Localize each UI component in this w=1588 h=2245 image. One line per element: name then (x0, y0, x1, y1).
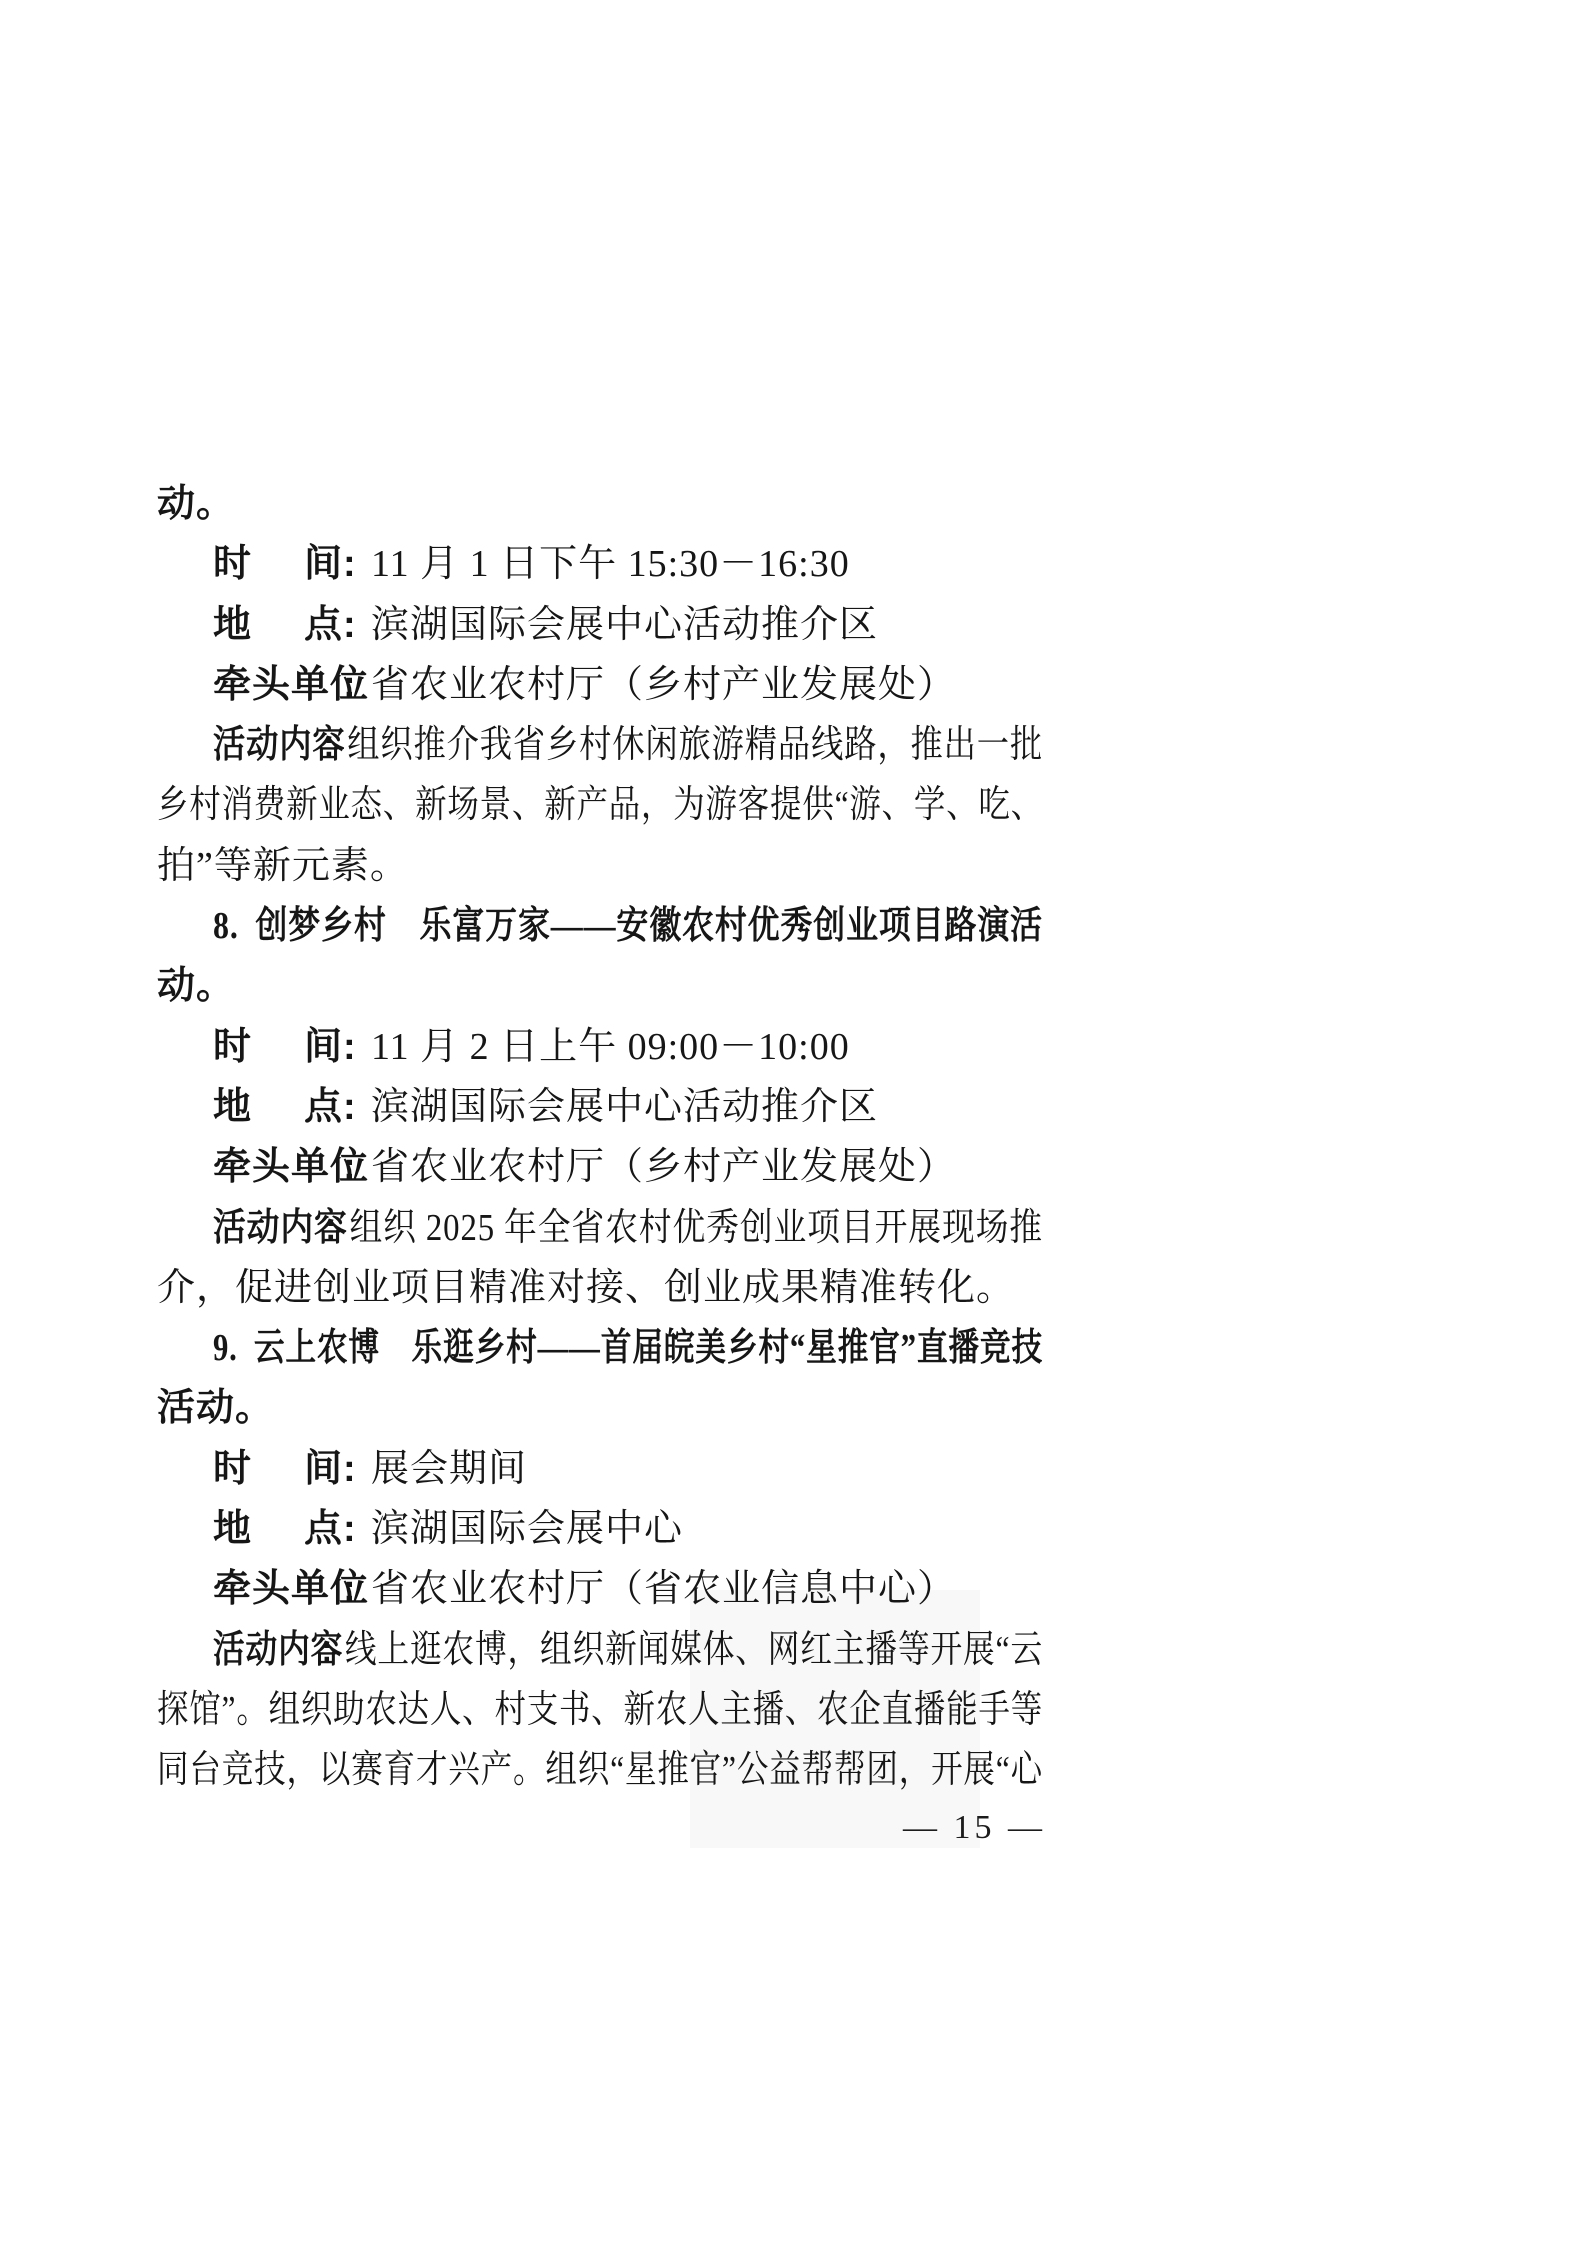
label-colon: : (343, 655, 371, 715)
item7-time-row: 时间:11 月 1 日下午 15:30－16:30 (213, 534, 1043, 594)
content-text: 拍”等新元素。 (157, 845, 409, 887)
item8-place-row: 地点:滨湖国际会展中心活动推介区 (213, 1077, 1043, 1137)
label-colon: : (343, 1137, 371, 1197)
place-value: 滨湖国际会展中心活动推介区 (371, 604, 878, 646)
lead-unit-label: 牵头单位 (213, 655, 343, 715)
label-colon: : (343, 1077, 371, 1137)
content-text: 乡村消费新业态、新场景、新产品，为游客提供“游、学、吃、 (157, 784, 1043, 826)
lead-unit-value: 省农业农村厅（省农业信息中心） (371, 1568, 956, 1610)
item7-content-line-2: 乡村消费新业态、新场景、新产品，为游客提供“游、学、吃、 (157, 775, 890, 835)
item7-content-line-1: 活动内容:组织推介我省乡村休闲旅游精品线路，推出一批 (213, 715, 918, 775)
item8-title-text: 创梦乡村 乐富万家——安徽农村优秀创业项目路演活 (255, 905, 1043, 947)
item9-content-line-2: 探馆”。组织助农达人、村支书、新农人主播、农企直播能手等 (157, 1680, 890, 1740)
place-value: 滨湖国际会展中心活动推介区 (371, 1086, 878, 1128)
label-colon: : (343, 595, 371, 655)
lead-unit-label: 牵头单位 (213, 1137, 343, 1197)
item8-lead-row: 牵头单位:省农业农村厅（乡村产业发展处） (213, 1137, 1043, 1197)
item8-time-row: 时间:11 月 2 日上午 09:00－10:00 (213, 1017, 1043, 1077)
time-label: 时间 (213, 1017, 343, 1077)
place-label: 地点 (213, 595, 343, 655)
item9-title-line-1: 9.云上农博 乐逛乡村——首届皖美乡村“星推官”直播竞技 (213, 1318, 884, 1378)
content-text: 组织 2025 年全省农村优秀创业项目开展现场推 (349, 1207, 1043, 1249)
time-value: 11 月 1 日下午 15:30－16:30 (371, 543, 850, 585)
place-label: 地点 (213, 1499, 343, 1559)
place-value: 滨湖国际会展中心 (371, 1508, 683, 1550)
item8-content-line-2: 介，促进创业项目精准对接、创业成果精准转化。 (157, 1258, 1043, 1318)
item9-time-row: 时间:展会期间 (213, 1439, 1043, 1499)
content-text: 介，促进创业项目精准对接、创业成果精准转化。 (157, 1267, 1015, 1309)
item7-title-tail: 动。 (157, 474, 1043, 534)
item8-title-line-1: 8.创梦乡村 乐富万家——安徽农村优秀创业项目路演活 (213, 896, 911, 956)
item9-place-row: 地点:滨湖国际会展中心 (213, 1499, 1043, 1559)
item8-number: 8. (213, 905, 239, 947)
label-colon: : (343, 1559, 371, 1619)
item9-lead-row: 牵头单位:省农业农村厅（省农业信息中心） (213, 1559, 1043, 1619)
item9-number: 9. (213, 1327, 238, 1369)
label-colon: : (323, 715, 347, 775)
time-value: 11 月 2 日上午 09:00－10:00 (371, 1026, 850, 1068)
label-colon: : (321, 1620, 344, 1680)
item9-title-text: 云上农博 乐逛乡村——首届皖美乡村“星推官”直播竞技 (254, 1327, 1043, 1369)
content-text: 探馆”。组织助农达人、村支书、新农人主播、农企直播能手等 (157, 1689, 1043, 1731)
content-label: 活动内容 (213, 715, 323, 775)
time-value: 展会期间 (371, 1448, 527, 1490)
place-label: 地点 (213, 1077, 343, 1137)
label-colon: : (343, 534, 371, 594)
lead-unit-label: 牵头单位 (213, 1559, 343, 1619)
item9-content-line-3: 同台竞技，以赛育才兴产。组织“星推官”公益帮帮团，开展“心 (157, 1740, 892, 1800)
item9-title-line-2: 活动。 (157, 1378, 1043, 1438)
content-text: 线上逛农博，组织新闻媒体、网红主播等开展“云 (345, 1629, 1043, 1671)
item7-lead-row: 牵头单位:省农业农村厅（乡村产业发展处） (213, 655, 1043, 715)
lead-unit-value: 省农业农村厅（乡村产业发展处） (371, 1146, 956, 1188)
content-label: 活动内容 (213, 1620, 321, 1680)
time-label: 时间 (213, 1439, 343, 1499)
label-colon: : (343, 1017, 371, 1077)
content-text: 组织推介我省乡村休闲旅游精品线路，推出一批 (347, 724, 1043, 766)
time-label: 时间 (213, 534, 343, 594)
label-colon: : (325, 1198, 349, 1258)
item7-place-row: 地点:滨湖国际会展中心活动推介区 (213, 595, 1043, 655)
label-colon: : (343, 1439, 371, 1499)
document-page: 动。 时间:11 月 1 日下午 15:30－16:30 地点:滨湖国际会展中心… (0, 0, 1588, 2245)
content-label: 活动内容 (213, 1198, 325, 1258)
item7-content-line-3: 拍”等新元素。 (157, 836, 1043, 896)
label-colon: : (343, 1499, 371, 1559)
content-text: 同台竞技，以赛育才兴产。组织“星推官”公益帮帮团，开展“心 (157, 1749, 1043, 1791)
page-number: — 15 — (903, 1810, 1046, 1846)
item9-content-line-1: 活动内容:线上逛农博，组织新闻媒体、网红主播等开展“云 (213, 1620, 905, 1680)
page-content: 动。 时间:11 月 1 日下午 15:30－16:30 地点:滨湖国际会展中心… (157, 474, 1043, 1801)
item8-content-line-1: 活动内容:组织 2025 年全省农村优秀创业项目开展现场推 (213, 1198, 930, 1258)
lead-unit-value: 省农业农村厅（乡村产业发展处） (371, 664, 956, 706)
item8-title-line-2: 动。 (157, 956, 1043, 1016)
